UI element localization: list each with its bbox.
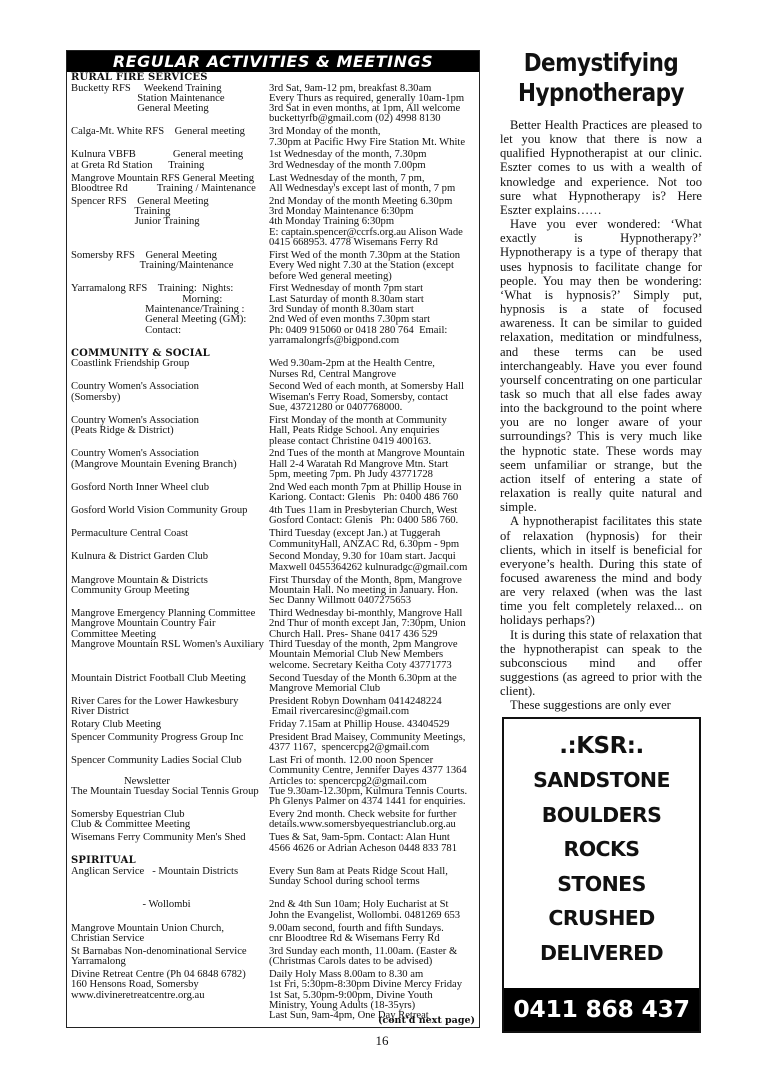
- activity-name: Country Women's Association (Somersby): [71, 382, 269, 413]
- activity-name: River Cares for the Lower Hawkesbury Riv…: [71, 697, 269, 718]
- activity-name: Mangrove Mountain RFS General Meeting Bl…: [71, 174, 269, 195]
- activity-name: Spencer Community Progress Group Inc: [71, 733, 269, 754]
- activity-name: Country Women's Association (Mangrove Mo…: [71, 449, 269, 480]
- activity-name: Wisemans Ferry Community Men's Shed: [71, 833, 269, 854]
- activity-details: President Robyn Downham 0414248224 Email…: [269, 697, 476, 718]
- activity-row: Spencer Community Ladies Social Club New…: [71, 756, 476, 787]
- article-paragraph: These suggestions are only ever: [500, 698, 702, 712]
- article-title-line-2: Hypnotherapy: [514, 78, 688, 108]
- ksr-advertisement: .:KSR:. SANDSTONE BOULDERS ROCKS STONES …: [502, 717, 701, 1033]
- activity-details: 2nd & 4th Sun 10am; Holy Eucharist at St…: [269, 890, 476, 921]
- activity-row: Mangrove Mountain Union Church, Christia…: [71, 924, 476, 945]
- activity-name: Mangrove Mountain & Districts Community …: [71, 576, 269, 607]
- activity-name: Kulnura & District Garden Club: [71, 552, 269, 573]
- ad-phone-number: 0411 868 437: [504, 988, 699, 1031]
- ad-line: BOULDERS: [504, 798, 699, 833]
- activity-name: Permaculture Central Coast: [71, 529, 269, 550]
- activity-details: 4th Tues 11am in Presbyterian Church, We…: [269, 506, 476, 527]
- activity-details: 9.00am second, fourth and fifth Sundays.…: [269, 924, 476, 945]
- section-title: RURAL FIRE SERVICES: [71, 73, 476, 84]
- activity-row: St Barnabas Non-denominational Service Y…: [71, 947, 476, 968]
- regular-activities-table: REGULAR ACTIVITIES & MEETINGS RURAL FIRE…: [66, 50, 480, 1028]
- activity-row: Kulnura & District Garden ClubSecond Mon…: [71, 552, 476, 573]
- activity-row: The Mountain Tuesday Social Tennis Group…: [71, 787, 476, 808]
- activity-row: Mangrove Mountain & Districts Community …: [71, 576, 476, 607]
- activity-name: Divine Retreat Centre (Ph 04 6848 6782) …: [71, 970, 269, 1021]
- activity-details: First Wed of the month 7.30pm at the Sta…: [269, 251, 476, 282]
- activity-name: The Mountain Tuesday Social Tennis Group: [71, 787, 269, 808]
- article-paragraph: It is during this state of relaxation th…: [500, 628, 702, 699]
- activity-name: - Wollombi: [71, 890, 269, 921]
- activity-details: 2nd Tues of the month at Mangrove Mounta…: [269, 449, 476, 480]
- activity-details: Daily Holy Mass 8.00am to 8.30 am 1st Fr…: [269, 970, 476, 1021]
- article-paragraph: Have you ever wondered: ‘What exactly is…: [500, 217, 702, 514]
- activity-details: Every 2nd month. Check website for furth…: [269, 810, 476, 831]
- ad-line: DELIVERED: [504, 936, 699, 971]
- ad-line: SANDSTONE: [504, 763, 699, 798]
- article-body: Better Health Practices are pleased to l…: [500, 118, 702, 713]
- activity-row: Somersby Equestrian Club Club & Committe…: [71, 810, 476, 831]
- activity-details: Tues & Sat, 9am-5pm. Contact: Alan Hunt …: [269, 833, 476, 854]
- ad-line: STONES: [504, 867, 699, 902]
- activity-row: Yarramalong RFS Training: Nights: Mornin…: [71, 284, 476, 346]
- activity-row: Mangrove Mountain Country Fair Committee…: [71, 619, 476, 640]
- activity-details: Last Fri of month. 12.00 noon Spencer Co…: [269, 756, 476, 787]
- activity-name: Gosford World Vision Community Group: [71, 506, 269, 527]
- activity-row: - Wollombi 2nd & 4th Sun 10am; Holy Euch…: [71, 890, 476, 921]
- activity-details: Second Tuesday of the Month 6.30pm at th…: [269, 674, 476, 695]
- activity-row: Permaculture Central CoastThird Tuesday …: [71, 529, 476, 550]
- activity-row: Anglican Service - Mountain DistrictsEve…: [71, 867, 476, 888]
- article-title: Demystifying Hypnotherapy: [514, 48, 688, 108]
- activity-name: Mangrove Mountain Union Church, Christia…: [71, 924, 269, 945]
- activity-name: Yarramalong RFS Training: Nights: Mornin…: [71, 284, 269, 346]
- article-paragraph: A hypnotherapist facilitates this state …: [500, 514, 702, 627]
- activity-row: Country Women's Association (Peats Ridge…: [71, 416, 476, 447]
- article-title-line-1: Demystifying: [514, 48, 688, 78]
- article-paragraph: Better Health Practices are pleased to l…: [500, 118, 702, 217]
- activity-details: First Thursday of the Month, 8pm, Mangro…: [269, 576, 476, 607]
- activities-header: REGULAR ACTIVITIES & MEETINGS: [67, 51, 479, 72]
- activity-details: President Brad Maisey, Community Meeting…: [269, 733, 476, 754]
- newsletter-page: REGULAR ACTIVITIES & MEETINGS RURAL FIRE…: [0, 0, 764, 1080]
- activity-details: 3rd Sat, 9am-12 pm, breakfast 8.30am Eve…: [269, 84, 476, 125]
- activity-name: Mountain District Football Club Meeting: [71, 674, 269, 695]
- activity-details: 2nd Monday of the month Meeting 6.30pm 3…: [269, 197, 476, 248]
- activity-row: Mangrove Mountain RSL Women's AuxiliaryT…: [71, 640, 476, 671]
- activity-name: Mangrove Mountain Country Fair Committee…: [71, 619, 269, 640]
- activity-row: Somersby RFS General Meeting Training/Ma…: [71, 251, 476, 282]
- activity-details: 2nd Thur of month except Jan, 7:30pm, Un…: [269, 619, 476, 640]
- activity-row: Wisemans Ferry Community Men's ShedTues …: [71, 833, 476, 854]
- activity-name: Country Women's Association (Peats Ridge…: [71, 416, 269, 447]
- activity-row: Calga-Mt. White RFS General meeting3rd M…: [71, 127, 476, 148]
- activity-details: 1st Wednesday of the month, 7.30pm 3rd W…: [269, 150, 476, 171]
- activity-row: Bucketty RFS Weekend Training Station Ma…: [71, 84, 476, 125]
- activity-row: Spencer RFS General Meeting Training Jun…: [71, 197, 476, 248]
- activities-list: RURAL FIRE SERVICESBucketty RFS Weekend …: [67, 73, 479, 1021]
- activity-details: First Wednesday of month 7pm start Last …: [269, 284, 476, 346]
- page-number: 16: [0, 1033, 764, 1049]
- activity-name: Spencer RFS General Meeting Training Jun…: [71, 197, 269, 248]
- activity-row: Gosford North Inner Wheel club2nd Wed ea…: [71, 483, 476, 504]
- activity-name: Mangrove Mountain RSL Women's Auxiliary: [71, 640, 269, 671]
- continued-note: (cont'd next page): [378, 1015, 475, 1026]
- activity-details: Wed 9.30am-2pm at the Health Centre, Nur…: [269, 359, 476, 380]
- activity-row: Spencer Community Progress Group IncPres…: [71, 733, 476, 754]
- activity-name: Bucketty RFS Weekend Training Station Ma…: [71, 84, 269, 125]
- activity-details: Third Tuesday of the month, 2pm Mangrove…: [269, 640, 476, 671]
- activity-details: Tue 9.30am-12.30pm, Kulmura Tennis Court…: [269, 787, 476, 808]
- activity-details: Third Tuesday (except Jan.) at Tuggerah …: [269, 529, 476, 550]
- activity-row: Divine Retreat Centre (Ph 04 6848 6782) …: [71, 970, 476, 1021]
- activity-name: Calga-Mt. White RFS General meeting: [71, 127, 269, 148]
- activity-row: Rotary Club MeetingFriday 7.15am at Phil…: [71, 720, 476, 730]
- activity-name: St Barnabas Non-denominational Service Y…: [71, 947, 269, 968]
- activity-details: Every Sun 8am at Peats Ridge Scout Hall,…: [269, 867, 476, 888]
- hypnotherapy-article: Demystifying Hypnotherapy Better Health …: [500, 48, 702, 713]
- activity-details: Second Wed of each month, at Somersby Ha…: [269, 382, 476, 413]
- activity-name: Kulnura VBFB General meeting at Greta Rd…: [71, 150, 269, 171]
- activity-name: Somersby RFS General Meeting Training/Ma…: [71, 251, 269, 282]
- activity-details: Last Wednesday of the month, 7 pm, All W…: [269, 174, 476, 195]
- activity-name: Spencer Community Ladies Social Club New…: [71, 756, 269, 787]
- activity-details: Second Monday, 9.30 for 10am start. Jacq…: [269, 552, 476, 573]
- activity-row: Mangrove Mountain RFS General Meeting Bl…: [71, 174, 476, 195]
- ad-line: CRUSHED: [504, 901, 699, 936]
- activity-row: Mountain District Football Club MeetingS…: [71, 674, 476, 695]
- activity-name: Somersby Equestrian Club Club & Committe…: [71, 810, 269, 831]
- ad-services: SANDSTONE BOULDERS ROCKS STONES CRUSHED …: [504, 763, 699, 970]
- activity-name: Rotary Club Meeting: [71, 720, 269, 730]
- activity-details: 2nd Wed each month 7pm at Phillip House …: [269, 483, 476, 504]
- activity-details: First Monday of the month at Community H…: [269, 416, 476, 447]
- activity-row: Coastlink Friendship GroupWed 9.30am-2pm…: [71, 359, 476, 380]
- ad-logo: .:KSR:.: [504, 733, 699, 759]
- activity-name: Anglican Service - Mountain Districts: [71, 867, 269, 888]
- activity-details: 3rd Monday of the month, 7.30pm at Pacif…: [269, 127, 476, 148]
- activity-name: Coastlink Friendship Group: [71, 359, 269, 380]
- activity-details: 3rd Sunday each month, 11.00am. (Easter …: [269, 947, 476, 968]
- activity-name: Gosford North Inner Wheel club: [71, 483, 269, 504]
- activity-row: Country Women's Association (Mangrove Mo…: [71, 449, 476, 480]
- ad-line: ROCKS: [504, 832, 699, 867]
- activity-row: Country Women's Association (Somersby)Se…: [71, 382, 476, 413]
- activity-row: Gosford World Vision Community Group4th …: [71, 506, 476, 527]
- activity-details: Friday 7.15am at Phillip House. 43404529: [269, 720, 476, 730]
- activity-row: River Cares for the Lower Hawkesbury Riv…: [71, 697, 476, 718]
- activity-row: Kulnura VBFB General meeting at Greta Rd…: [71, 150, 476, 171]
